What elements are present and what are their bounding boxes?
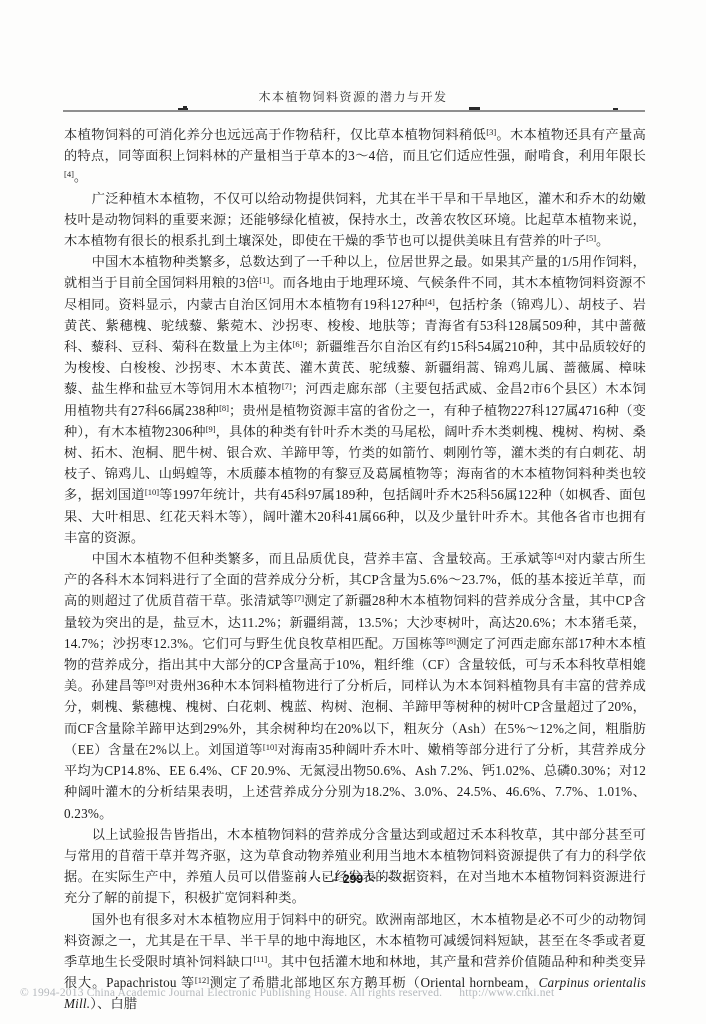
- paragraph: 中国木本植物不但种类繁多，而且品质优良，营养丰富、含量较高。王承斌等[4]对内蒙…: [64, 548, 646, 824]
- scan-artifact: [613, 108, 618, 110]
- page-number: 299: [340, 872, 366, 886]
- copyright-text: © 1994-2013 China Academic Journal Elect…: [20, 987, 442, 999]
- bracket-left-icon: ┘: [333, 873, 340, 887]
- cnki-url: http://www.cnki.net: [459, 987, 554, 999]
- scan-artifact: [178, 108, 188, 110]
- paragraph: 广泛种植木本植物，不仅可以给动物提供饲料，尤其在半干旱和干旱地区，灌木和乔木的幼…: [64, 188, 646, 252]
- ornament-dots-icon: ▪▪▪▪▪: [373, 874, 410, 882]
- page-number-row: ▪▪▪▪▪┘299└▪▪▪▪▪: [0, 870, 706, 888]
- paragraph: 本植物饲料的可消化养分也远远高于作物秸秆，仅比草本植物饲料稍低[3]。木本植物还…: [64, 124, 646, 188]
- paragraph: 以上试验报告皆指出，木本植物饲料的营养成分含量达到或超过禾本科牧草，其中部分甚至…: [64, 824, 646, 909]
- ornament-dots-icon: ▪▪▪▪▪: [295, 874, 332, 882]
- scan-artifact: [183, 106, 187, 108]
- header-rule: [63, 110, 645, 112]
- copyright-notice: © 1994-2013 China Academic Journal Elect…: [20, 987, 554, 999]
- document-page: 木本植物饲料资源的潜力与开发 本植物饲料的可消化养分也远远高于作物秸秆，仅比草本…: [0, 0, 706, 1024]
- page-title: 木本植物饲料资源的潜力与开发: [0, 88, 706, 105]
- scan-artifact: [469, 107, 480, 110]
- paragraph: 中国木本植物种类繁多，总数达到了一千种以上，位居世界之最。如果其产量的1/5用作…: [64, 251, 646, 548]
